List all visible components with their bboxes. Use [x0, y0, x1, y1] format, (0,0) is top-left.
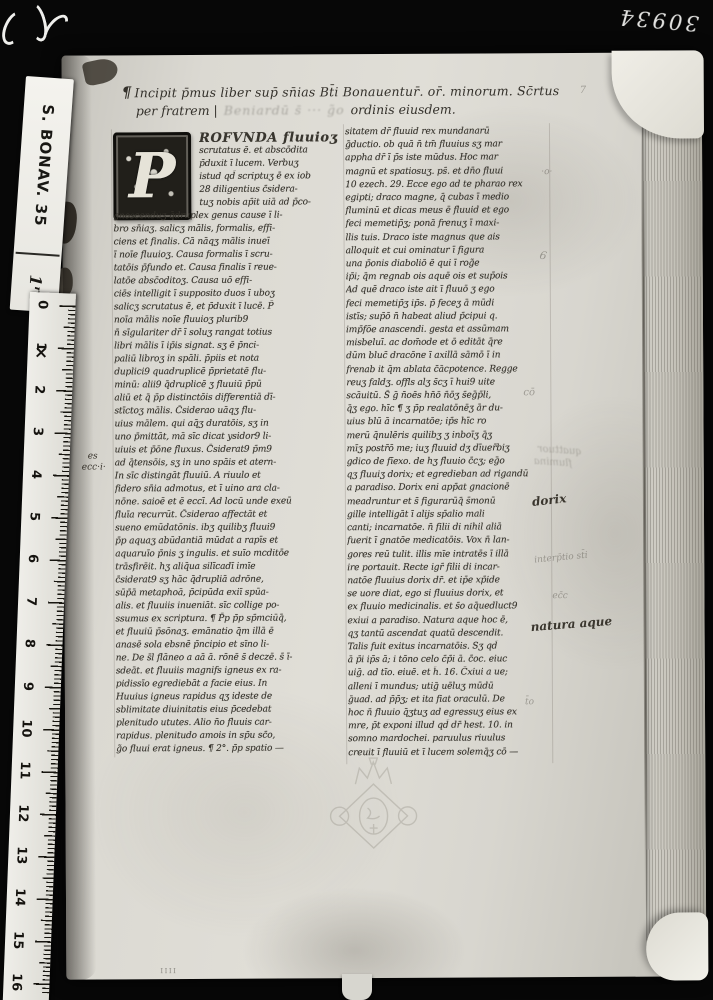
text-line: dūm bluc̄ dracōne ī axillā sāmō ī in: [346, 350, 548, 364]
text-line: p̄duxit ī lucem. Verbuʒ: [199, 157, 347, 171]
text-line: p̄p aquaʒ abūdantiā mūdat a rapīs et: [115, 534, 349, 548]
text-line: 0: [21, 293, 64, 317]
incipit-rubric: ¶Incipit p̄mus liber sup̄ sn̄ias Bt̄i Bo…: [122, 83, 552, 100]
text-line: merū q̄nulēris quilibʒ ʒ inboīʒ q̄ʒ: [347, 429, 549, 443]
text-line: tuʒ nobis ap̄it uiā ad p̄co-: [199, 196, 347, 210]
worn-top-right-corner: [612, 50, 704, 138]
text-line: misbeluī. ac dom̄ode et ō editāt q̄re: [346, 336, 548, 350]
erased-scribe-name: Beniardū s̄ ··· g̃o: [224, 102, 345, 118]
pilcrow-sign: ¶: [122, 83, 132, 101]
text-line: 4: [14, 462, 57, 486]
text-line: natōe fluuius dorix dr̄. et ip̄e xp̄ide: [347, 574, 549, 588]
text-line: anasē sola ebsnē p̄ncipio et sīno li-: [116, 638, 350, 652]
text-line: ad q̄tensōis, sʒ in uno spāis et atern-: [115, 456, 349, 470]
text-column-left: ROFVNDA fluuioʒscrutatus ē. et abscōdita…: [113, 131, 350, 756]
text-line: mīʒ postr̄ō me; iuʒ fluuid dʒ dīuer̄biʒ: [347, 442, 549, 456]
text-line: 11: [3, 759, 46, 783]
text-line: fuerit ī gnatōe medicatōis. Vox n̄ lan-: [347, 534, 549, 548]
text-line: plenitudo ututes. Alio n̄o fluuis car-: [116, 716, 350, 730]
text-line: 10 ezech. 29. Ecce ego ad te pharao rex: [345, 178, 547, 192]
text-line: aliū et q̄ p̄p distinctōis differentiā d…: [114, 391, 348, 405]
margin-mark-seven: 7: [580, 85, 586, 96]
text-line: alloquit et cui ominatur ī figura: [346, 244, 548, 258]
text-line: libri mālis ī ip̄is signat. sʒ ē p̄nci-: [114, 339, 348, 353]
text-line: bro sn̄iaʒ. salicʒ mālis, formalis, effi…: [113, 222, 347, 236]
text-line: ā p̄i ip̄s ā; i tōno celo c̄p̄i ā. c̄oc.…: [348, 653, 550, 667]
order-attribution: ordinis eiusdem.: [351, 102, 456, 118]
text-line: uius blū ā incarnatōe; ip̄s hīc ro: [346, 416, 548, 430]
text-line: fluīa recurrūt. C̄siderao affectāt et: [115, 508, 349, 522]
ruler-brand-mark: ×: [31, 345, 52, 360]
text-line: somno mardochei. paruulus riuulus: [348, 732, 550, 746]
text-line: Huuius igneus rapidus qʒ ideste de: [116, 690, 350, 704]
text-line: 14: [0, 886, 41, 910]
text-line: istīs; sup̄ō n̄ habeat aliud p̄cipui q.: [346, 310, 548, 324]
text-line: se uore diat, ego si fluuius dorix, et: [347, 587, 549, 601]
margin-mark-co: cō: [523, 387, 535, 398]
text-line: ī noīe fluuioʒ. Causa formalis ī scru-: [114, 248, 348, 262]
text-line: ssumus ex scriptura. ¶ P̄p p̄p sp̄mciūq̄…: [116, 612, 350, 626]
text-line: aquaruīo p̄nis ʒ ingulis. et suīo mcditō…: [115, 547, 349, 561]
margin-note-dorix: dorix: [531, 491, 567, 509]
text-line: meadruntur et s̄ figurarūq̄ s̄monū: [347, 495, 549, 509]
text-line: appha dr̄ ī p̄s iste mūdus. Hoc mar: [345, 152, 547, 166]
margin-mark-o: ·o·: [541, 167, 552, 177]
text-line: exiui a paradiso. Natura aque hoc ē,: [348, 614, 550, 628]
archive-number: 30934: [607, 4, 709, 37]
text-line: sitatem dr̄ fluuid rex mundanarū: [345, 125, 547, 139]
text-line: canti; incarnatōe. n̄ filii di nihil ali…: [347, 521, 549, 535]
text-line: 9: [6, 674, 49, 698]
text-line: paliū libroʒ in spāli. p̄piis et nota: [114, 352, 348, 366]
incipit-rubric-line2: per fratrem |Beniardū s̄ ··· g̃oordinis …: [136, 101, 556, 118]
text-line: qʒ tantū ascendat quatū descendit.: [348, 627, 550, 641]
margin-mark-ecc: ec̄c: [552, 591, 567, 601]
text-line: sblimitate diuinitatis eius p̄cedebat: [116, 703, 350, 717]
board-edge-notch: [342, 974, 372, 1000]
text-line: ciēs intelligit ī supposito duos ī uboʒ: [114, 287, 348, 301]
curled-bottom-right-corner: [646, 912, 708, 980]
text-line: latōe absc̄oditoʒ. Causa uō effi-: [114, 274, 348, 288]
text-line: scrutatus ē. et abscōdita: [199, 144, 347, 158]
photograph-of-manuscript: { "photo": { "archive_number": "30934", …: [0, 0, 713, 1000]
text-line: trāsfirēit. hʒ aliq̄ua silīcadī imīe: [115, 560, 349, 574]
text-line: tatōis p̄fundo et. Causa finalis ī reue-: [114, 261, 348, 275]
text-line: uiuis et p̄ōne fluxus. C̄siderat9 p̄m9: [115, 443, 349, 457]
text-line: una p̄onis diaboliō ē qui ī rog̃e: [346, 257, 548, 271]
text-line: sūp̄ā metaphoā, p̄cipūda exiī spūa-: [115, 586, 349, 600]
text-line: uiḡ. ad tīo. eiuē. et h̄. 16. C̄xiui a u…: [348, 666, 550, 680]
text-line: In sīc distingāt fluuiū. A riuulo et: [115, 469, 349, 483]
text-line: 8: [8, 632, 51, 656]
text-line: ex fluuio medicinalis. et s̄o aq̄uedluct…: [347, 600, 549, 614]
text-line: gille intelligāt ī alijs sp̄alio mali: [347, 508, 549, 522]
text-line: sdeāt. et fluuiis magnifs igneus ex ra-: [116, 664, 350, 678]
text-line: Talis fuit exitus incarnatōis. Sʒ qd̄: [348, 640, 550, 654]
text-line: salicʒ scrutatus ē, et p̄duxit ī lucē. P…: [114, 300, 348, 314]
text-line: imp̄fōe anascendi. gesta et assūmam: [346, 323, 548, 337]
text-line: 2: [18, 378, 61, 402]
manuscript-page: ¶Incipit p̄mus liber sup̄ sn̄ias Bt̄i Bo…: [62, 52, 707, 979]
text-line: frenab it q̄m ablata c̄ācpotence. Regge: [346, 363, 548, 377]
text-line: 13: [0, 844, 43, 868]
text-line: ip̄i; q̄m regnab ois aquē ois et sup̄ois: [346, 270, 548, 284]
text-line: 28 diligentius c̄sidera-: [199, 183, 347, 197]
text-line: sueno emūdatōnis. ibʒ quilibʒ fluui9: [115, 521, 349, 535]
margin-mark-to: t̄o: [525, 697, 534, 707]
text-line: egipti; draco magne, q̄ cubas ī medio: [345, 191, 547, 205]
text-line: llis tuis. Draco iste magnus que ais: [346, 231, 548, 245]
text-line: minū: alii9 q̄druplicē ʒ fluuiū p̄pū: [114, 378, 348, 392]
text-line: gores reū tulit. illis mīe intratēs ī il…: [347, 548, 549, 562]
text-line: rapidus. plenitudo amois in sp̄u sc̄o,: [116, 729, 350, 743]
text-line: istud qd̄ scriptuʒ ē ex iob: [199, 170, 347, 184]
text-line: feci memetip̄ʒ; ponā frenuʒ ī maxi-: [345, 218, 547, 232]
text-line: ciens et finalis. Cā nāqʒ mālis inueī: [114, 235, 348, 249]
text-line: n̄ sīgulariter dr̄ ī soluʒ rangat totius: [114, 326, 348, 340]
text-line: alis. et fluuiis inueniāt. sīc collige p…: [115, 599, 349, 613]
text-line: 16: [0, 971, 38, 995]
text-line: c̄siderat9 sʒ hāc q̄drupliā adrōne,: [115, 573, 349, 587]
text-line: fidero sn̄ia admotus, et ī uino ara cla-: [115, 482, 349, 496]
corner-scribble-marks: [2, 0, 72, 52]
text-line: scāuitū. S̄ ḡ n̄oēs hn̄ō n̄ōʒ s̄eḡp̄li,: [346, 389, 548, 403]
text-line: qʒ fluuiʒ dorix; et egredieban ad rigand…: [347, 468, 549, 482]
text-line: stīctoʒ mālis. C̄siderao uāqʒ flu-: [114, 404, 348, 418]
text-line: noīa mālis noīe fluuioʒ plurib9: [114, 313, 348, 327]
text-line: alleni ī mundus; utiḡ uēluʒ mūdū: [348, 680, 550, 694]
collation-mark: IIII: [160, 967, 177, 975]
text-line: 6: [11, 547, 54, 571]
text-line: 15: [0, 928, 40, 952]
text-line: ire portauit. Recte igr̄ filii di incar-: [347, 561, 549, 575]
text-line: 3: [16, 420, 59, 444]
text-column-right: sitatem dr̄ fluuid rex mundanarūg̃ductio…: [345, 125, 550, 760]
fore-edge-page-stack: [642, 78, 707, 940]
scribe-attribution: per fratrem |: [136, 103, 218, 118]
text-line: uno p̄mittāt, mā sīc dicat ysidor9 li-: [115, 430, 349, 444]
text-line: duplici9 quadruplicē p̄prietatē flu-: [114, 365, 348, 379]
text-line: Ad quē draco iste ait ī fluuō ʒ ego: [346, 284, 548, 298]
text-line: pidissīo egrediebāt a facie eius. In: [116, 677, 350, 691]
text-line: g̃o fluui erat igneus. ¶ 2°. p̄p spatio …: [116, 742, 350, 756]
text-line: fluminū et dicas meus ē fluuid et ego: [345, 204, 547, 218]
library-stamp: [325, 754, 422, 859]
text-line: reuʒ faldʒ. offls alʒ s̄cʒ ī hui9 uite: [346, 376, 548, 390]
text-line: nōne. saioē et ē eccī. Ad locū unde exeū: [115, 495, 349, 509]
shelfmark-text: S. BONAV. 35: [31, 104, 58, 227]
text-line: magnū et spatiosuʒ. ps̄. et dn̄o fluui: [345, 165, 547, 179]
text-line: uius mālem. qui aq̄ʒ duratōis, sʒ in: [114, 417, 348, 431]
text-line: q̄ʒ ego. hīc ¶ ʒ p̄p realatōnēʒ ār du-: [346, 402, 548, 416]
text-line: g̃ductio. ob quā n̄ tm̄ fluuius sʒ mar: [345, 138, 547, 152]
incipit-text: Incipit p̄mus liber sup̄ sn̄ias Bt̄i Bon…: [134, 83, 559, 100]
text-line: mre, p̄t exponi illud qd̄ dr̄ hest. 10. …: [348, 719, 550, 733]
text-line: 10: [5, 716, 48, 740]
text-line: et fluuiū p̄sōnaʒ. emānatio q̄m illā ē: [116, 625, 350, 639]
text-line: ne. De s̄l flāneo a aā ā. rōnē s̄ deczē.…: [116, 651, 350, 665]
text-line: ḡuad. ad p̄p̄ʒ; et ita fiat oraculū. De: [348, 693, 550, 707]
text-line: gdico de fīexo. de hʒ fluuio c̄cʒ; eḡo: [347, 455, 549, 469]
text-line: ROFVNDA fluuioʒ: [199, 131, 347, 145]
text-line: feci memetip̄ʒ ip̄s. p̄ feceʒ ā mūdi: [346, 297, 548, 311]
text-line: gnoscenduʒ q̄druplex genus cause ī li-: [113, 209, 347, 223]
text-line: 5: [13, 505, 56, 529]
text-line: a paradiso. Dorix eni app̄at gnacionē: [347, 482, 549, 496]
text-line: 7: [10, 589, 53, 613]
text-line: 12: [1, 801, 44, 825]
text-line: hoc n̄ fluuio q̄ʒtuʒ ad egressuʒ eius ex: [348, 706, 550, 720]
